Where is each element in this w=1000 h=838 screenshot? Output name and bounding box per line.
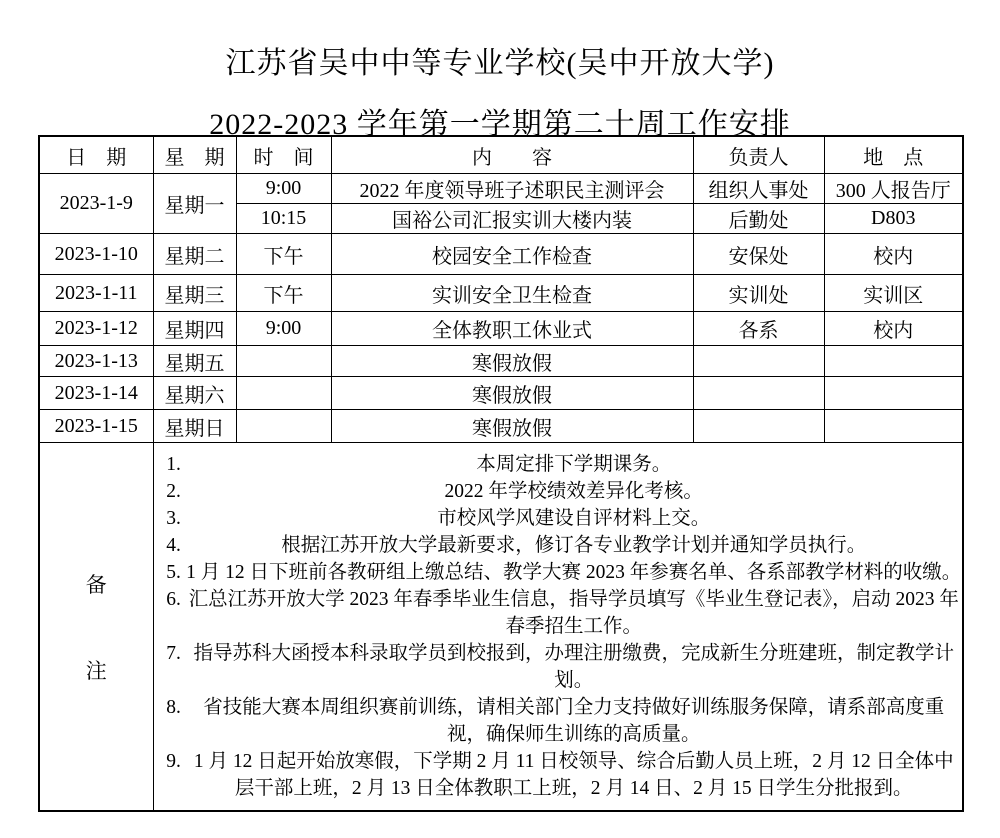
remarks-item-number: 5.	[154, 559, 186, 586]
cell-weekday: 星期二	[153, 234, 236, 275]
cell-location: 校内	[824, 234, 963, 275]
table-row: 2023-1-13 星期五 寒假放假	[39, 346, 963, 377]
remarks-item-number: 1.	[154, 451, 186, 478]
cell-content: 寒假放假	[331, 377, 693, 410]
remarks-item-text: 1 月 12 日起开始放寒假，下学期 2 月 11 日校领导、综合后勤人员上班，…	[186, 748, 963, 802]
remarks-item-text: 2022 年学校绩效差异化考核。	[186, 478, 963, 505]
remarks-item-number: 2.	[154, 478, 186, 505]
cell-weekday: 星期五	[153, 346, 236, 377]
cell-content: 校园安全工作检查	[331, 234, 693, 275]
cell-weekday: 星期四	[153, 312, 236, 346]
cell-time	[236, 377, 331, 410]
header-time: 时 间	[236, 136, 331, 174]
cell-date: 2023-1-10	[39, 234, 153, 275]
remarks-row: 备 注 1. 本周定排下学期课务。 2. 2022 年学校绩效差异化考核。 3.…	[39, 443, 963, 812]
cell-location: D803	[824, 204, 963, 234]
remarks-content: 1. 本周定排下学期课务。 2. 2022 年学校绩效差异化考核。 3. 市校风…	[153, 443, 963, 812]
header-responsible: 负责人	[693, 136, 824, 174]
cell-responsible	[693, 410, 824, 443]
cell-time: 下午	[236, 275, 331, 312]
remarks-item-number: 7.	[154, 640, 186, 694]
remarks-item-text: 省技能大赛本周组织赛前训练，请相关部门全力支持做好训练服务保障，请系部高度重视，…	[186, 694, 963, 748]
cell-location: 实训区	[824, 275, 963, 312]
cell-content: 寒假放假	[331, 346, 693, 377]
remarks-item-text: 根据江苏开放大学最新要求，修订各专业教学计划并通知学员执行。	[186, 532, 963, 559]
cell-responsible: 各系	[693, 312, 824, 346]
cell-time: 9:00	[236, 312, 331, 346]
cell-date: 2023-1-13	[39, 346, 153, 377]
cell-location: 校内	[824, 312, 963, 346]
cell-responsible: 实训处	[693, 275, 824, 312]
cell-time: 下午	[236, 234, 331, 275]
cell-date: 2023-1-11	[39, 275, 153, 312]
remarks-item-text: 市校风学风建设自评材料上交。	[186, 505, 963, 532]
remarks-item: 8. 省技能大赛本周组织赛前训练，请相关部门全力支持做好训练服务保障，请系部高度…	[154, 694, 963, 748]
remarks-label-char: 注	[86, 655, 107, 685]
document-title: 江苏省吴中中等专业学校(吴中开放大学)	[0, 38, 1000, 82]
cell-weekday: 星期三	[153, 275, 236, 312]
header-location: 地 点	[824, 136, 963, 174]
cell-responsible: 后勤处	[693, 204, 824, 234]
cell-time: 10:15	[236, 204, 331, 234]
table-row: 2023-1-14 星期六 寒假放假	[39, 377, 963, 410]
cell-location	[824, 346, 963, 377]
cell-responsible	[693, 377, 824, 410]
remarks-label-char: 备	[86, 569, 107, 599]
header-date: 日 期	[39, 136, 153, 174]
cell-date: 2023-1-9	[39, 174, 153, 234]
header-content: 内 容	[331, 136, 693, 174]
remarks-item: 7. 指导苏科大函授本科录取学员到校报到，办理注册缴费，完成新生分班建班，制定教…	[154, 640, 963, 694]
remarks-item-number: 4.	[154, 532, 186, 559]
cell-weekday: 星期六	[153, 377, 236, 410]
remarks-item-number: 8.	[154, 694, 186, 748]
remarks-item-number: 3.	[154, 505, 186, 532]
document-page: 江苏省吴中中等专业学校(吴中开放大学) 2022-2023 学年第一学期第二十周…	[0, 0, 1000, 838]
remarks-item-text: 汇总江苏开放大学 2023 年春季毕业生信息，指导学员填写《毕业生登记表》，启动…	[186, 586, 963, 640]
cell-location	[824, 377, 963, 410]
cell-date: 2023-1-12	[39, 312, 153, 346]
cell-location	[824, 410, 963, 443]
header-weekday: 星 期	[153, 136, 236, 174]
cell-content: 2022 年度领导班子述职民主测评会	[331, 174, 693, 204]
remarks-item: 6. 汇总江苏开放大学 2023 年春季毕业生信息，指导学员填写《毕业生登记表》…	[154, 586, 963, 640]
cell-time	[236, 410, 331, 443]
remarks-item: 4. 根据江苏开放大学最新要求，修订各专业教学计划并通知学员执行。	[154, 532, 963, 559]
cell-responsible	[693, 346, 824, 377]
cell-time	[236, 346, 331, 377]
cell-time: 9:00	[236, 174, 331, 204]
remarks-item-text: 指导苏科大函授本科录取学员到校报到，办理注册缴费，完成新生分班建班，制定教学计划…	[186, 640, 963, 694]
table-row: 2023-1-9 星期一 9:00 2022 年度领导班子述职民主测评会 组织人…	[39, 174, 963, 204]
remarks-item-text: 本周定排下学期课务。	[186, 451, 963, 478]
remarks-item: 1. 本周定排下学期课务。	[154, 451, 963, 478]
table-row: 2023-1-15 星期日 寒假放假	[39, 410, 963, 443]
cell-responsible: 安保处	[693, 234, 824, 275]
cell-location: 300 人报告厅	[824, 174, 963, 204]
cell-date: 2023-1-14	[39, 377, 153, 410]
cell-content: 实训安全卫生检查	[331, 275, 693, 312]
remarks-item-text: 1 月 12 日下班前各教研组上缴总结、教学大赛 2023 年参赛名单、各系部教…	[186, 559, 963, 586]
remarks-item-number: 6.	[154, 586, 186, 640]
cell-responsible: 组织人事处	[693, 174, 824, 204]
remarks-item: 3. 市校风学风建设自评材料上交。	[154, 505, 963, 532]
cell-weekday: 星期一	[153, 174, 236, 234]
table-row: 2023-1-11 星期三 下午 实训安全卫生检查 实训处 实训区	[39, 275, 963, 312]
cell-content: 全体教职工休业式	[331, 312, 693, 346]
table-row: 2023-1-12 星期四 9:00 全体教职工休业式 各系 校内	[39, 312, 963, 346]
table-row: 2023-1-10 星期二 下午 校园安全工作检查 安保处 校内	[39, 234, 963, 275]
remarks-label-stack: 备 注	[40, 569, 153, 685]
schedule-table: 日 期 星 期 时 间 内 容 负责人 地 点 2023-1-9 星期一 9:0…	[38, 135, 964, 812]
cell-content: 寒假放假	[331, 410, 693, 443]
cell-content: 国裕公司汇报实训大楼内装	[331, 204, 693, 234]
remarks-item: 5. 1 月 12 日下班前各教研组上缴总结、教学大赛 2023 年参赛名单、各…	[154, 559, 963, 586]
header-row: 日 期 星 期 时 间 内 容 负责人 地 点	[39, 136, 963, 174]
cell-date: 2023-1-15	[39, 410, 153, 443]
remarks-label: 备 注	[39, 443, 153, 812]
remarks-item: 9. 1 月 12 日起开始放寒假，下学期 2 月 11 日校领导、综合后勤人员…	[154, 748, 963, 802]
cell-weekday: 星期日	[153, 410, 236, 443]
remarks-item-number: 9.	[154, 748, 186, 802]
remarks-item: 2. 2022 年学校绩效差异化考核。	[154, 478, 963, 505]
